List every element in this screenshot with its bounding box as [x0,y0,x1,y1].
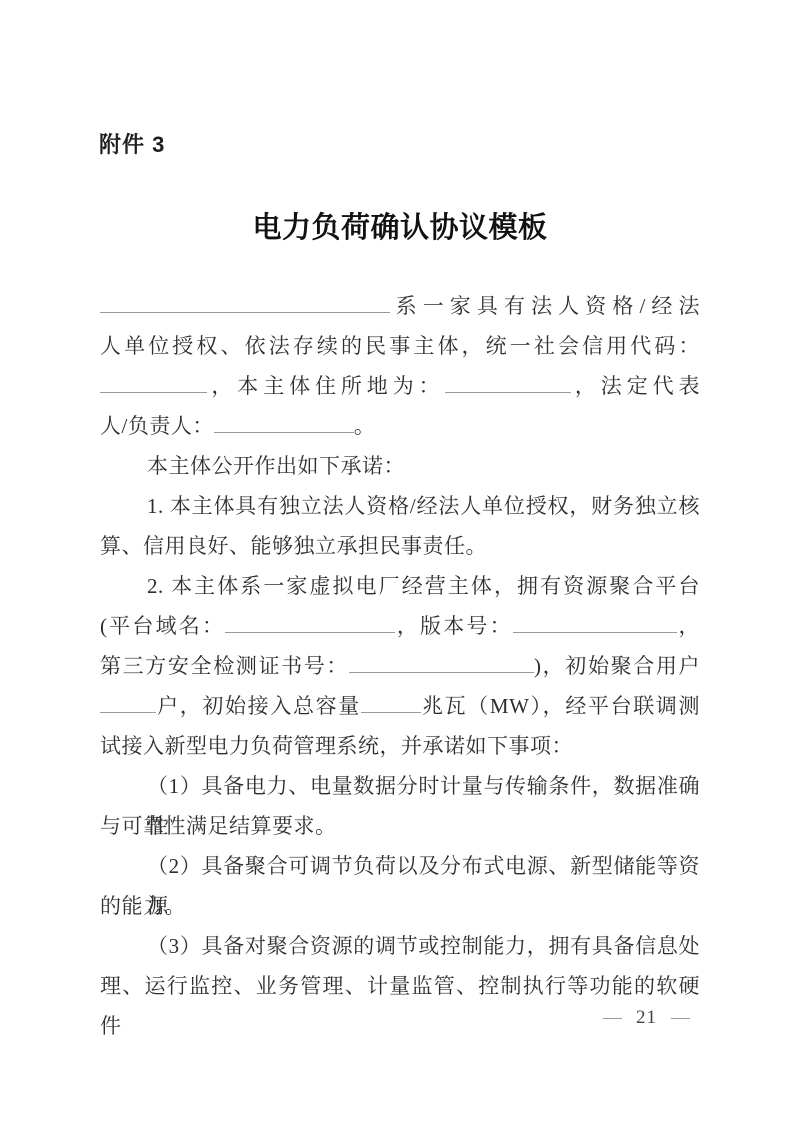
fill-in-blank [349,651,534,673]
text-run: 人/负责人： [100,414,214,438]
fill-in-blank [445,371,571,393]
text-run: 本主体公开作出如下承诺： [147,454,405,478]
document-line: （1）具备电力、电量数据分时计量与传输条件，数据准确性 [100,766,700,806]
document-line: （3）具备对聚合资源的调节或控制能力，拥有具备信息处 [100,926,700,966]
document-line: 试接入新型电力负荷管理系统，并承诺如下事项： [100,726,700,766]
document-line: 系一家具有法人资格/经法 [100,286,700,326]
text-run: 系一家具有法人资格/经法 [390,294,700,318]
document-line: 人单位授权、依法存续的民事主体，统一社会信用代码： [100,326,700,366]
text-run: 2. 本主体系一家虚拟电厂经营主体，拥有资源聚合平台 [147,574,700,598]
text-run: 试接入新型电力负荷管理系统，并承诺如下事项： [100,734,573,758]
document-line: (平台域名：，版本号：， [100,606,700,646]
fill-in-blank [214,411,354,433]
page-title: 电力负荷确认协议模板 [0,206,800,250]
fill-in-blank [513,611,677,633]
document-line: ，本主体住所地为：，法定代表 [100,366,700,406]
document-line: 1. 本主体具有独立法人资格/经法人单位授权，财务独立核 [100,486,700,526]
document-line: 算、信用良好、能够独立承担民事责任。 [100,526,700,566]
footer-right-dash: — [671,1004,690,1032]
document-line: 2. 本主体系一家虚拟电厂经营主体，拥有资源聚合平台 [100,566,700,606]
fill-in-blank [100,371,207,393]
document-line: 与可靠性满足结算要求。 [100,806,700,846]
text-run: 。 [354,414,376,438]
page-number: 21 [636,1004,657,1032]
document-line: 户，初始接入总容量兆瓦（MW），经平台联调测 [100,686,700,726]
fill-in-blank [100,691,156,713]
document-line: 本主体公开作出如下承诺： [100,446,700,486]
text-run: （3）具备对聚合资源的调节或控制能力，拥有具备信息处 [147,934,700,958]
document-line: 的能力。 [100,886,700,926]
document-body: 系一家具有法人资格/经法人单位授权、依法存续的民事主体，统一社会信用代码：，本主… [100,286,700,1006]
fill-in-blank [361,691,421,713]
attachment-label: 附件 3 [99,130,165,160]
text-run: ，本主体住所地为： [207,374,445,398]
fill-in-blank [100,291,390,313]
text-run: )，初始聚合用户 [534,654,700,678]
text-run: (平台域名： [100,614,225,638]
text-run: 1. 本主体具有独立法人资格/经法人单位授权，财务独立核 [147,494,700,518]
text-run: 兆瓦（MW），经平台联调测 [421,694,700,718]
document-line: 人/负责人：。 [100,406,700,446]
text-run: ，法定代表 [571,374,701,398]
text-run: ，版本号： [395,614,513,638]
document-page: 附件 3 电力负荷确认协议模板 系一家具有法人资格/经法人单位授权、依法存续的民… [0,0,800,1131]
text-run: 与可靠性满足结算要求。 [100,814,337,838]
text-run: 第三方安全检测证书号： [100,654,349,678]
footer-left-dash: — [603,1004,622,1032]
text-run: 户，初始接入总容量 [156,694,361,718]
document-line: 第三方安全检测证书号：)，初始聚合用户 [100,646,700,686]
text-run: 算、信用良好、能够独立承担民事责任。 [100,534,487,558]
document-line: （2）具备聚合可调节负荷以及分布式电源、新型储能等资源 [100,846,700,886]
text-run: 人单位授权、依法存续的民事主体，统一社会信用代码： [100,334,700,358]
text-run: 的能力。 [100,894,186,918]
page-footer: — 21 — [603,1004,690,1032]
document-line: 理、运行监控、业务管理、计量监管、控制执行等功能的软硬件 [100,966,700,1006]
text-run: ， [677,614,700,638]
fill-in-blank [225,611,395,633]
